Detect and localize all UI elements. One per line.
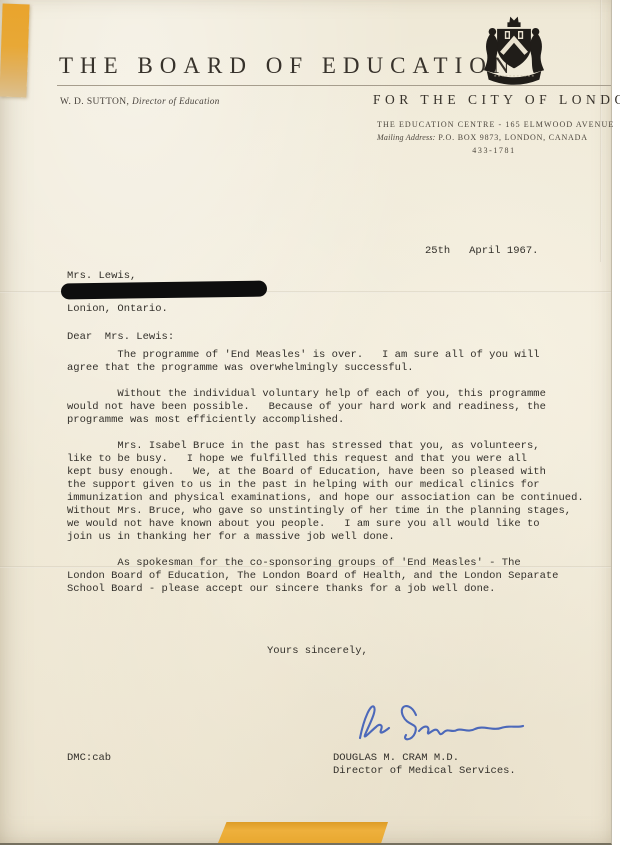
letter-body: The programme of 'End Measles' is over. …	[67, 349, 607, 609]
mailing-address-label: Mailing Address:	[377, 133, 436, 142]
address-line1: THE EDUCATION CENTRE - 165 ELMWOOD AVENU…	[377, 120, 611, 129]
tape-top-left	[0, 4, 30, 98]
official-title: Director of Education	[132, 96, 220, 106]
po-box-line: P.O. BOX 9873, LONDON, CANADA	[438, 133, 587, 142]
paragraph-1: The programme of 'End Measles' is over. …	[67, 349, 607, 375]
letter-date: 25th April 1967.	[425, 245, 538, 258]
closing: Yours sincerely,	[267, 645, 368, 658]
signer-name: DOUGLAS M. CRAM M.D.	[333, 752, 516, 765]
paragraph-3: Mrs. Isabel Bruce in the past has stress…	[67, 440, 607, 544]
director-of-education-line: W. D. SUTTON, Director of Education	[60, 96, 220, 107]
letter-paper: THE BOARD OF EDUCATION W. D. SUTTON	[0, 0, 612, 845]
signer-title: Director of Medical Services.	[333, 765, 516, 778]
typist-initials: DMC:cab	[67, 752, 111, 765]
recipient-name: Mrs. Lewis,	[67, 270, 136, 283]
official-name: W. D. SUTTON,	[60, 97, 129, 107]
recipient-city: Lonion, Ontario.	[67, 303, 168, 316]
salutation: Dear Mrs. Lewis:	[67, 331, 174, 344]
scanned-letter-page: { "letterhead": { "org_name": "THE BOARD…	[0, 0, 620, 853]
signature-autograph	[348, 692, 533, 748]
letterhead-address: THE EDUCATION CENTRE - 165 ELMWOOD AVENU…	[377, 120, 611, 155]
signature-block: DOUGLAS M. CRAM M.D. Director of Medical…	[333, 752, 516, 778]
org-subtitle: FOR THE CITY OF LONDON	[373, 92, 612, 108]
tape-bottom	[218, 822, 388, 843]
org-name: THE BOARD OF EDUCATION	[59, 53, 516, 79]
paragraph-4: As spokesman for the co-sponsoring group…	[67, 557, 607, 596]
paragraph-2: Without the individual voluntary help of…	[67, 388, 607, 427]
redaction-bar	[61, 281, 267, 300]
city-coat-of-arms-icon	[483, 15, 545, 86]
address-line2: Mailing Address: P.O. BOX 9873, LONDON, …	[377, 133, 611, 142]
phone-number: 433-1781	[377, 146, 611, 155]
